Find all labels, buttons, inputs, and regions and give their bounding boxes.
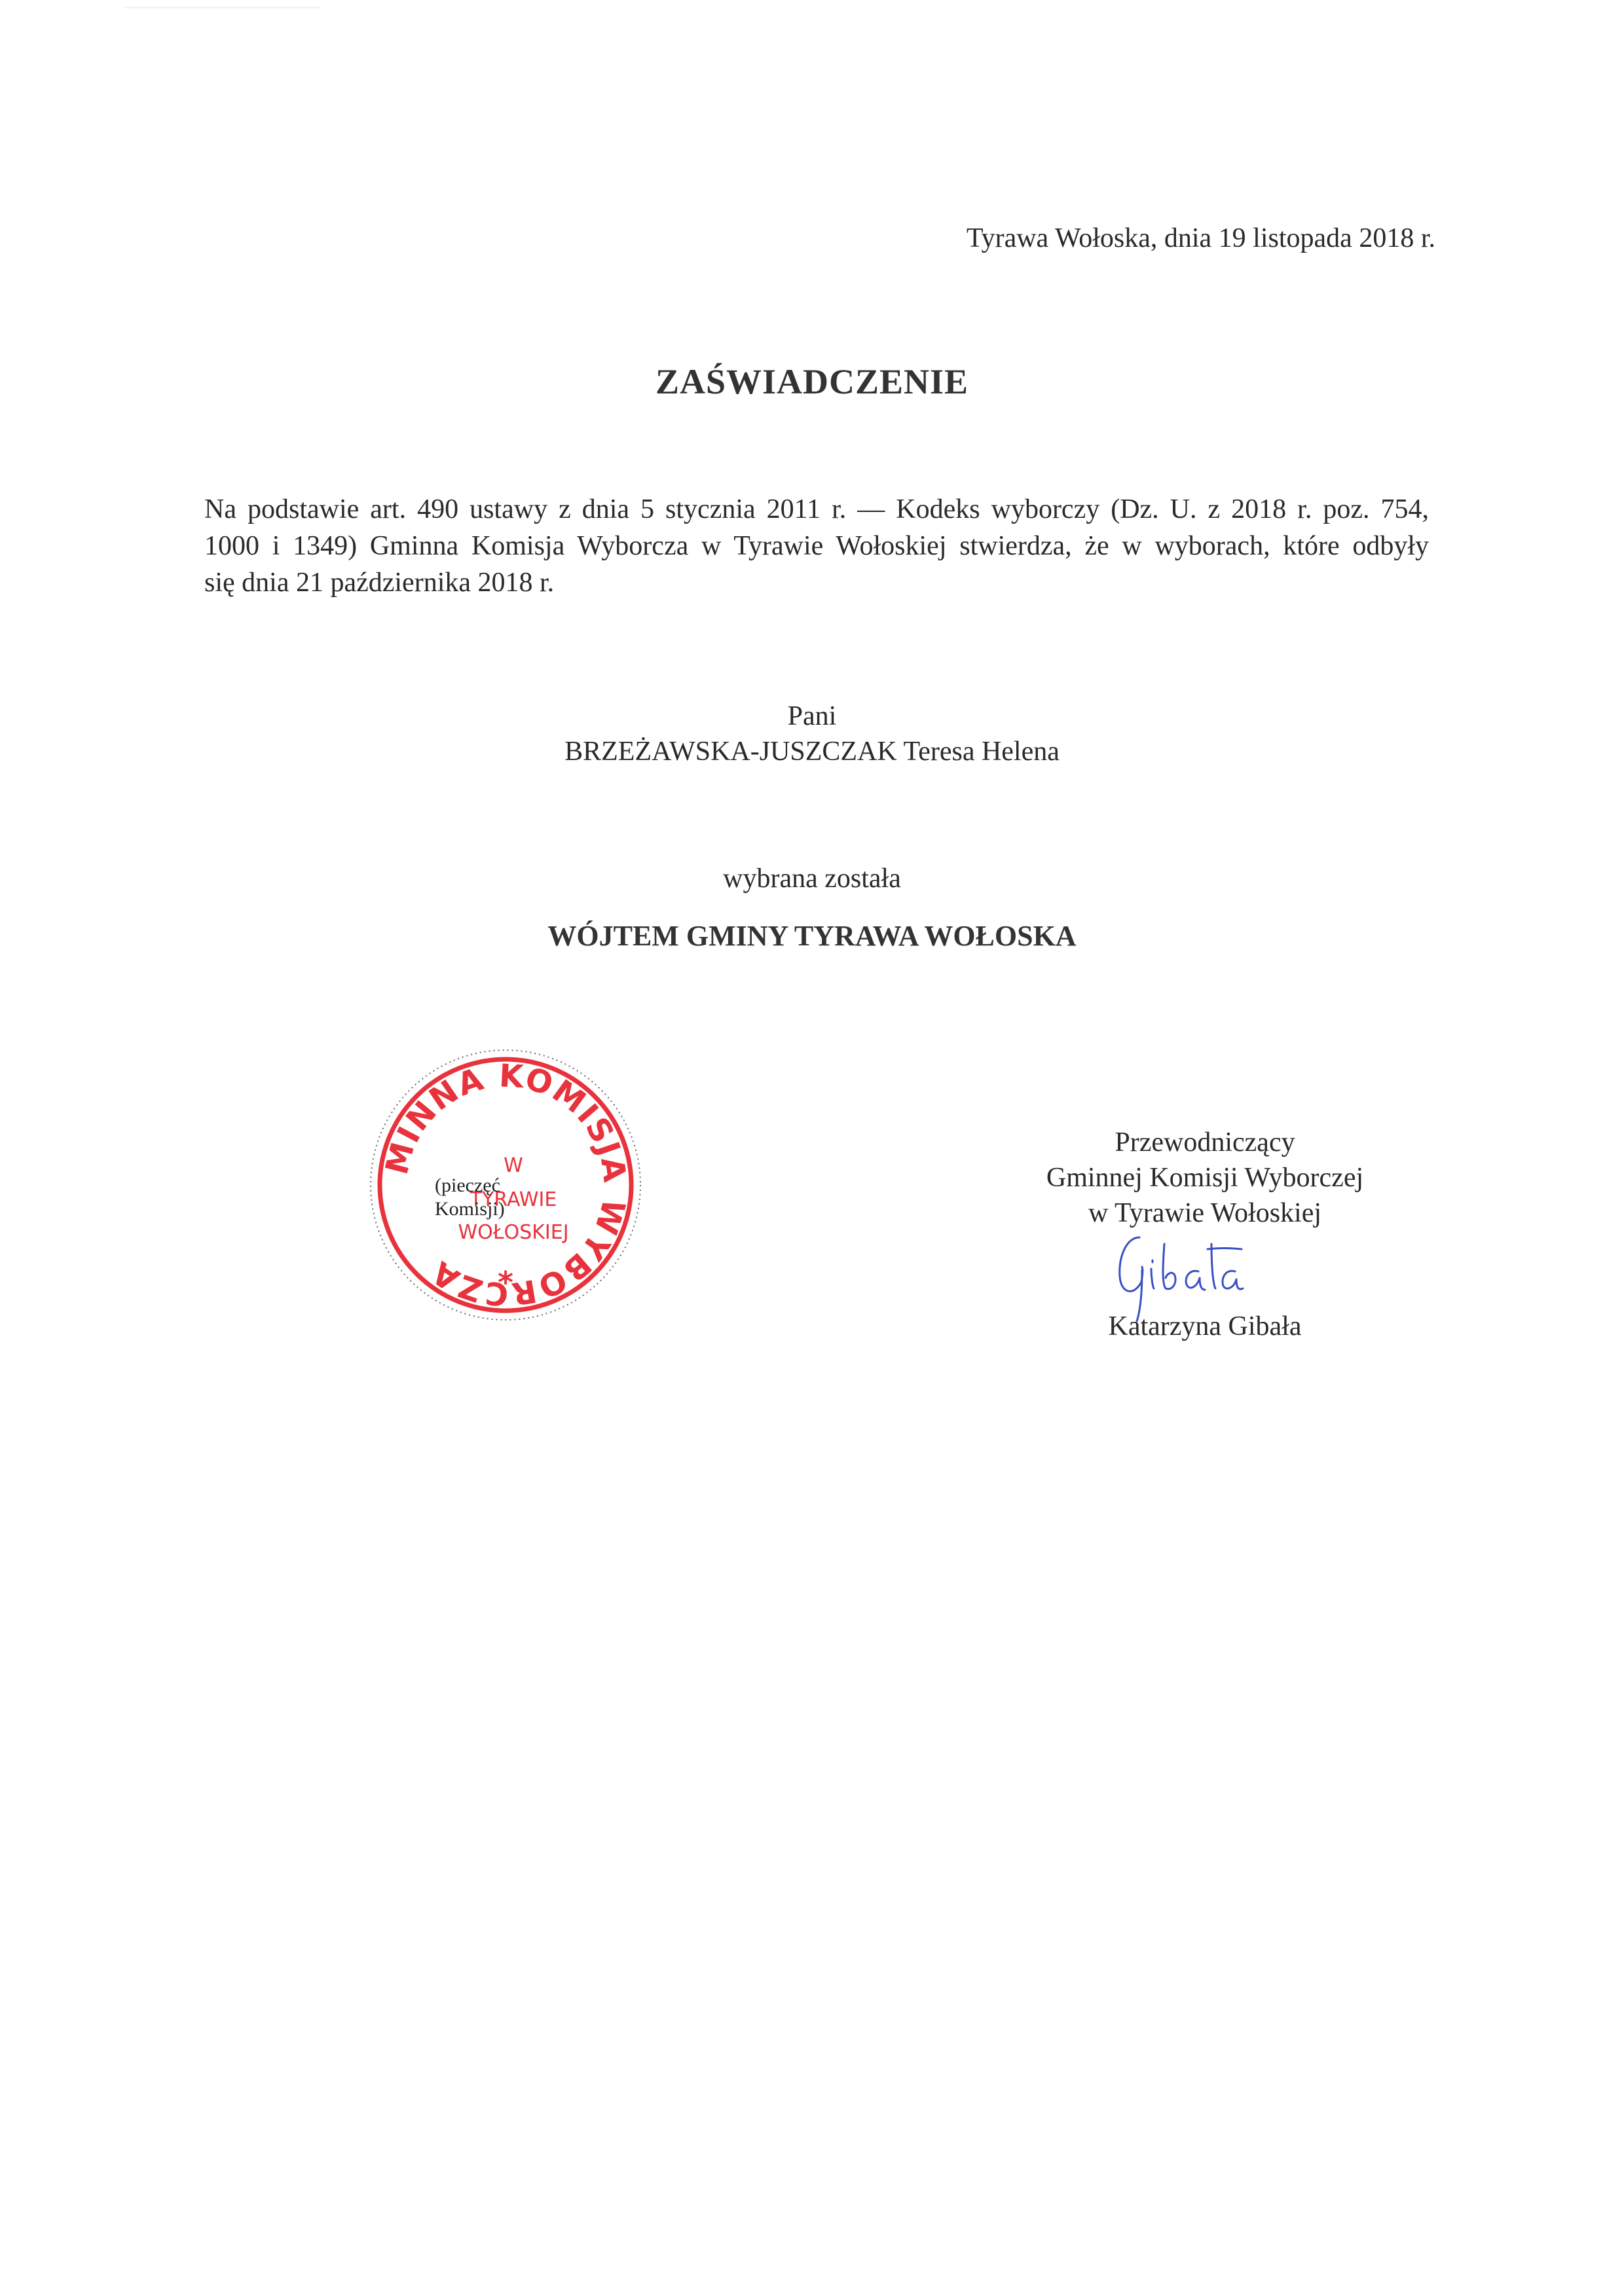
signatory-role-line: Gminnej Komisji Wyborczej xyxy=(1022,1160,1388,1195)
body-line: Na podstawie art. 490 ustawy z dnia 5 st… xyxy=(204,491,1429,528)
stamp-placeholder-line: Komisji) xyxy=(435,1197,505,1221)
elected-person-name: BRZEŻAWSKA-JUSZCZAK Teresa Helena xyxy=(0,736,1624,767)
place-and-date: Tyrawa Wołoska, dnia 19 listopada 2018 r… xyxy=(967,223,1435,254)
signatory-role: Przewodniczący Gminnej Komisji Wyborczej… xyxy=(1022,1125,1388,1231)
scan-artifact xyxy=(124,7,321,9)
stamp-placeholder-line: (pieczęć xyxy=(435,1174,505,1197)
signatory-role-line: Przewodniczący xyxy=(1022,1125,1388,1160)
handwritten-signature-icon xyxy=(1113,1231,1283,1322)
signatory-name: Katarzyna Gibała xyxy=(1022,1311,1388,1342)
body-line: się dnia 21 października 2018 r. xyxy=(204,564,1429,601)
stamp-placeholder-label: (pieczęć Komisji) xyxy=(435,1174,505,1221)
svg-text:WOŁOSKIEJ: WOŁOSKIEJ xyxy=(458,1221,568,1244)
elected-phrase: wybrana została xyxy=(0,863,1624,894)
salutation: Pani xyxy=(0,701,1624,732)
commission-stamp-icon: GMINNA KOMISJA WYBORCZA W TYRAWIE WOŁOSK… xyxy=(361,1041,650,1329)
svg-text:*: * xyxy=(498,1265,513,1300)
office-title: WÓJTEM GMINY TYRAWA WOŁOSKA xyxy=(0,919,1624,953)
signatory-role-line: w Tyrawie Wołoskiej xyxy=(1022,1195,1388,1231)
body-paragraph: Na podstawie art. 490 ustawy z dnia 5 st… xyxy=(204,491,1429,601)
document-title: ZAŚWIADCZENIE xyxy=(0,361,1624,402)
svg-text:W: W xyxy=(504,1154,523,1177)
body-line: 1000 i 1349) Gminna Komisja Wyborcza w T… xyxy=(204,528,1429,564)
